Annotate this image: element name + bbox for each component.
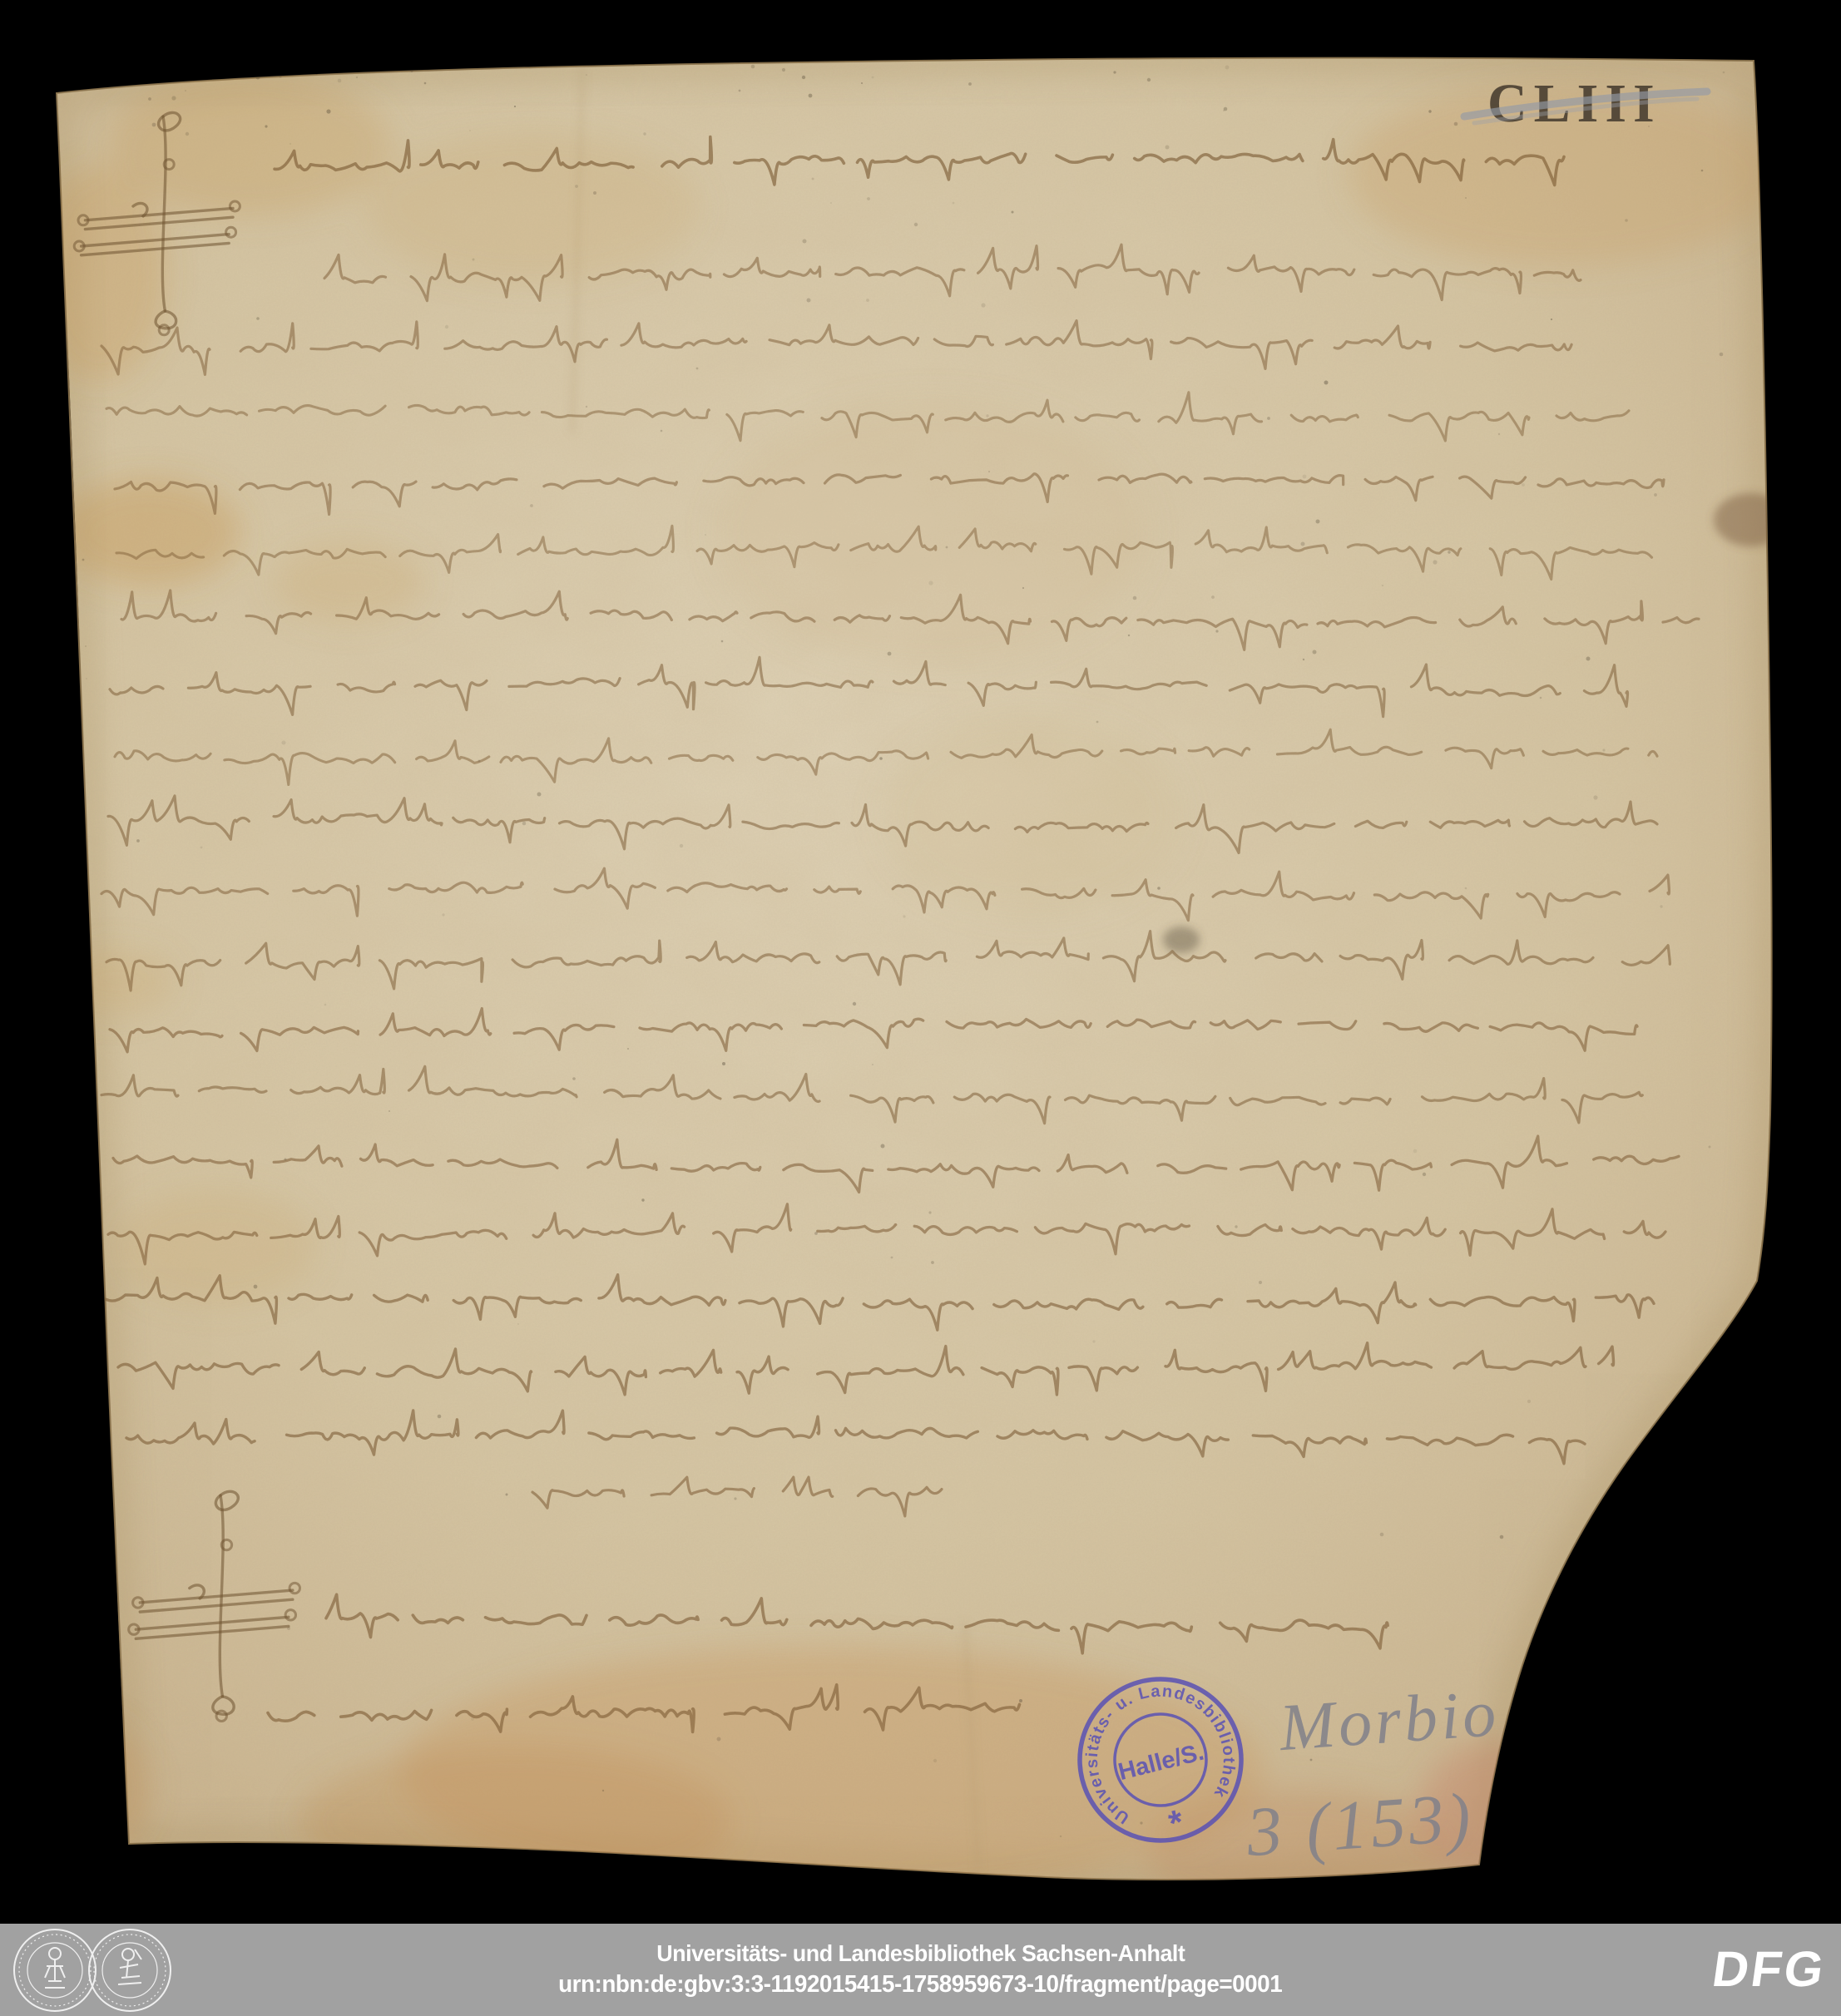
scan-viewer-page: CLIII Universitäts- u. Landesbibliothek … <box>0 0 1841 2016</box>
pencil-shelfmark-line1: Morbio <box>1276 1677 1501 1765</box>
parchment-texture: CLIII Universitäts- u. Landesbibliothek … <box>0 50 1789 1921</box>
university-seals-icon <box>3 1926 186 2014</box>
ink-blot <box>1714 493 1789 546</box>
university-seal-left-icon <box>14 1930 96 2011</box>
urn-identifier: urn:nbn:de:gbv:3:3-1192015415-1758959673… <box>558 1972 1282 1999</box>
dfg-logo: DFG <box>1709 1940 1829 1998</box>
institution-name: Universitäts- und Landesbibliothek Sachs… <box>656 1941 1185 1967</box>
viewer-footer: Universitäts- und Landesbibliothek Sachs… <box>0 1924 1841 2016</box>
parchment-scan: CLIII Universitäts- u. Landesbibliothek … <box>0 0 1841 2016</box>
pencil-shelfmark-line2: 3 (153) <box>1244 1778 1477 1871</box>
university-seal-right-icon <box>89 1930 171 2011</box>
